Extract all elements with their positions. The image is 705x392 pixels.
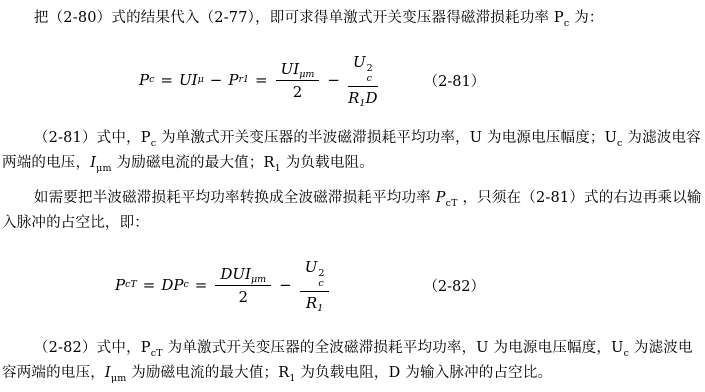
var-Pc: P: [139, 71, 149, 89]
sub-c: c: [318, 279, 323, 289]
fraction-UImum-over-2: UIμm2: [276, 60, 320, 101]
equals-sign: =: [195, 276, 208, 294]
var-R: R: [348, 89, 359, 107]
paragraph-explain-2-82: （2-82）式中，PcT 为单激式开关变压器的全波磁滞损耗平均功率，U 为电源电…: [2, 336, 703, 386]
numerator: DUIμm: [215, 265, 271, 286]
denominator: 2: [238, 286, 248, 306]
formula-2-81: Pc=UIμ−Pr1=UIμm2−U2cR1D: [139, 53, 380, 107]
fraction-Uc2-over-R1D: U2cR1D: [348, 53, 378, 107]
minus-sign: −: [210, 71, 223, 89]
var-R: R: [306, 294, 317, 312]
minus-sign: −: [279, 276, 292, 294]
var-Pr1: P: [228, 71, 238, 89]
numerator: U2c: [300, 258, 330, 292]
var-D: D: [365, 89, 377, 107]
numerator: UIμm: [276, 60, 320, 81]
var-UI: UI: [281, 60, 300, 78]
sup-sub-stack: 2c: [318, 269, 324, 289]
equation-block-2-82: PcT=DPc=DUIμm2−U2cR1 （2-82）: [2, 260, 703, 310]
sup-sub-stack: 2c: [367, 64, 373, 84]
formula-2-82: PcT=DPc=DUIμm2−U2cR1: [115, 258, 331, 312]
equals-sign: =: [255, 71, 268, 89]
equation-block-2-81: Pc=UIμ−Pr1=UIμm2−U2cR1D （2-81）: [2, 55, 703, 105]
var-U: U: [353, 53, 366, 71]
denominator: R1D: [348, 87, 377, 107]
sub-1: 1: [317, 303, 323, 314]
paragraph-explain-2-81: （2-81）式中，Pc 为单激式开关变压器的半波磁滞损耗平均功率，U 为电源电压…: [2, 126, 703, 176]
var-DPc: DP: [161, 276, 183, 294]
denominator: R1: [306, 292, 323, 312]
sub-mum: μm: [299, 69, 314, 80]
equation-number-2-81: （2-81）: [424, 70, 486, 91]
document-page: 把（2-80）式的结果代入（2-77），即可求得单激式开关变压器得磁滞损耗功率 …: [0, 0, 705, 392]
numerator: U2c: [348, 53, 378, 87]
var-PcT: P: [115, 276, 125, 294]
equals-sign: =: [160, 71, 173, 89]
equation-number-2-82: （2-82）: [423, 275, 485, 296]
fraction-DUImum-over-2: DUIμm2: [215, 265, 271, 306]
sub-mum: μm: [251, 274, 266, 285]
equals-sign: =: [143, 276, 156, 294]
minus-sign: −: [327, 71, 340, 89]
denominator: 2: [293, 81, 303, 101]
fraction-Uc2-over-R1: U2cR1: [300, 258, 330, 312]
var-DUI: DUI: [220, 265, 251, 283]
sub-c: c: [367, 74, 372, 84]
var-UImu: UI: [179, 71, 198, 89]
paragraph-fullwave-intro: 如需要把半波磁滞损耗平均功率转换成全波磁滞损耗平均功率 PcT ，只须在（2-8…: [2, 186, 703, 236]
paragraph-intro: 把（2-80）式的结果代入（2-77），即可求得单激式开关变压器得磁滞损耗功率 …: [2, 6, 703, 31]
var-U: U: [305, 258, 318, 276]
